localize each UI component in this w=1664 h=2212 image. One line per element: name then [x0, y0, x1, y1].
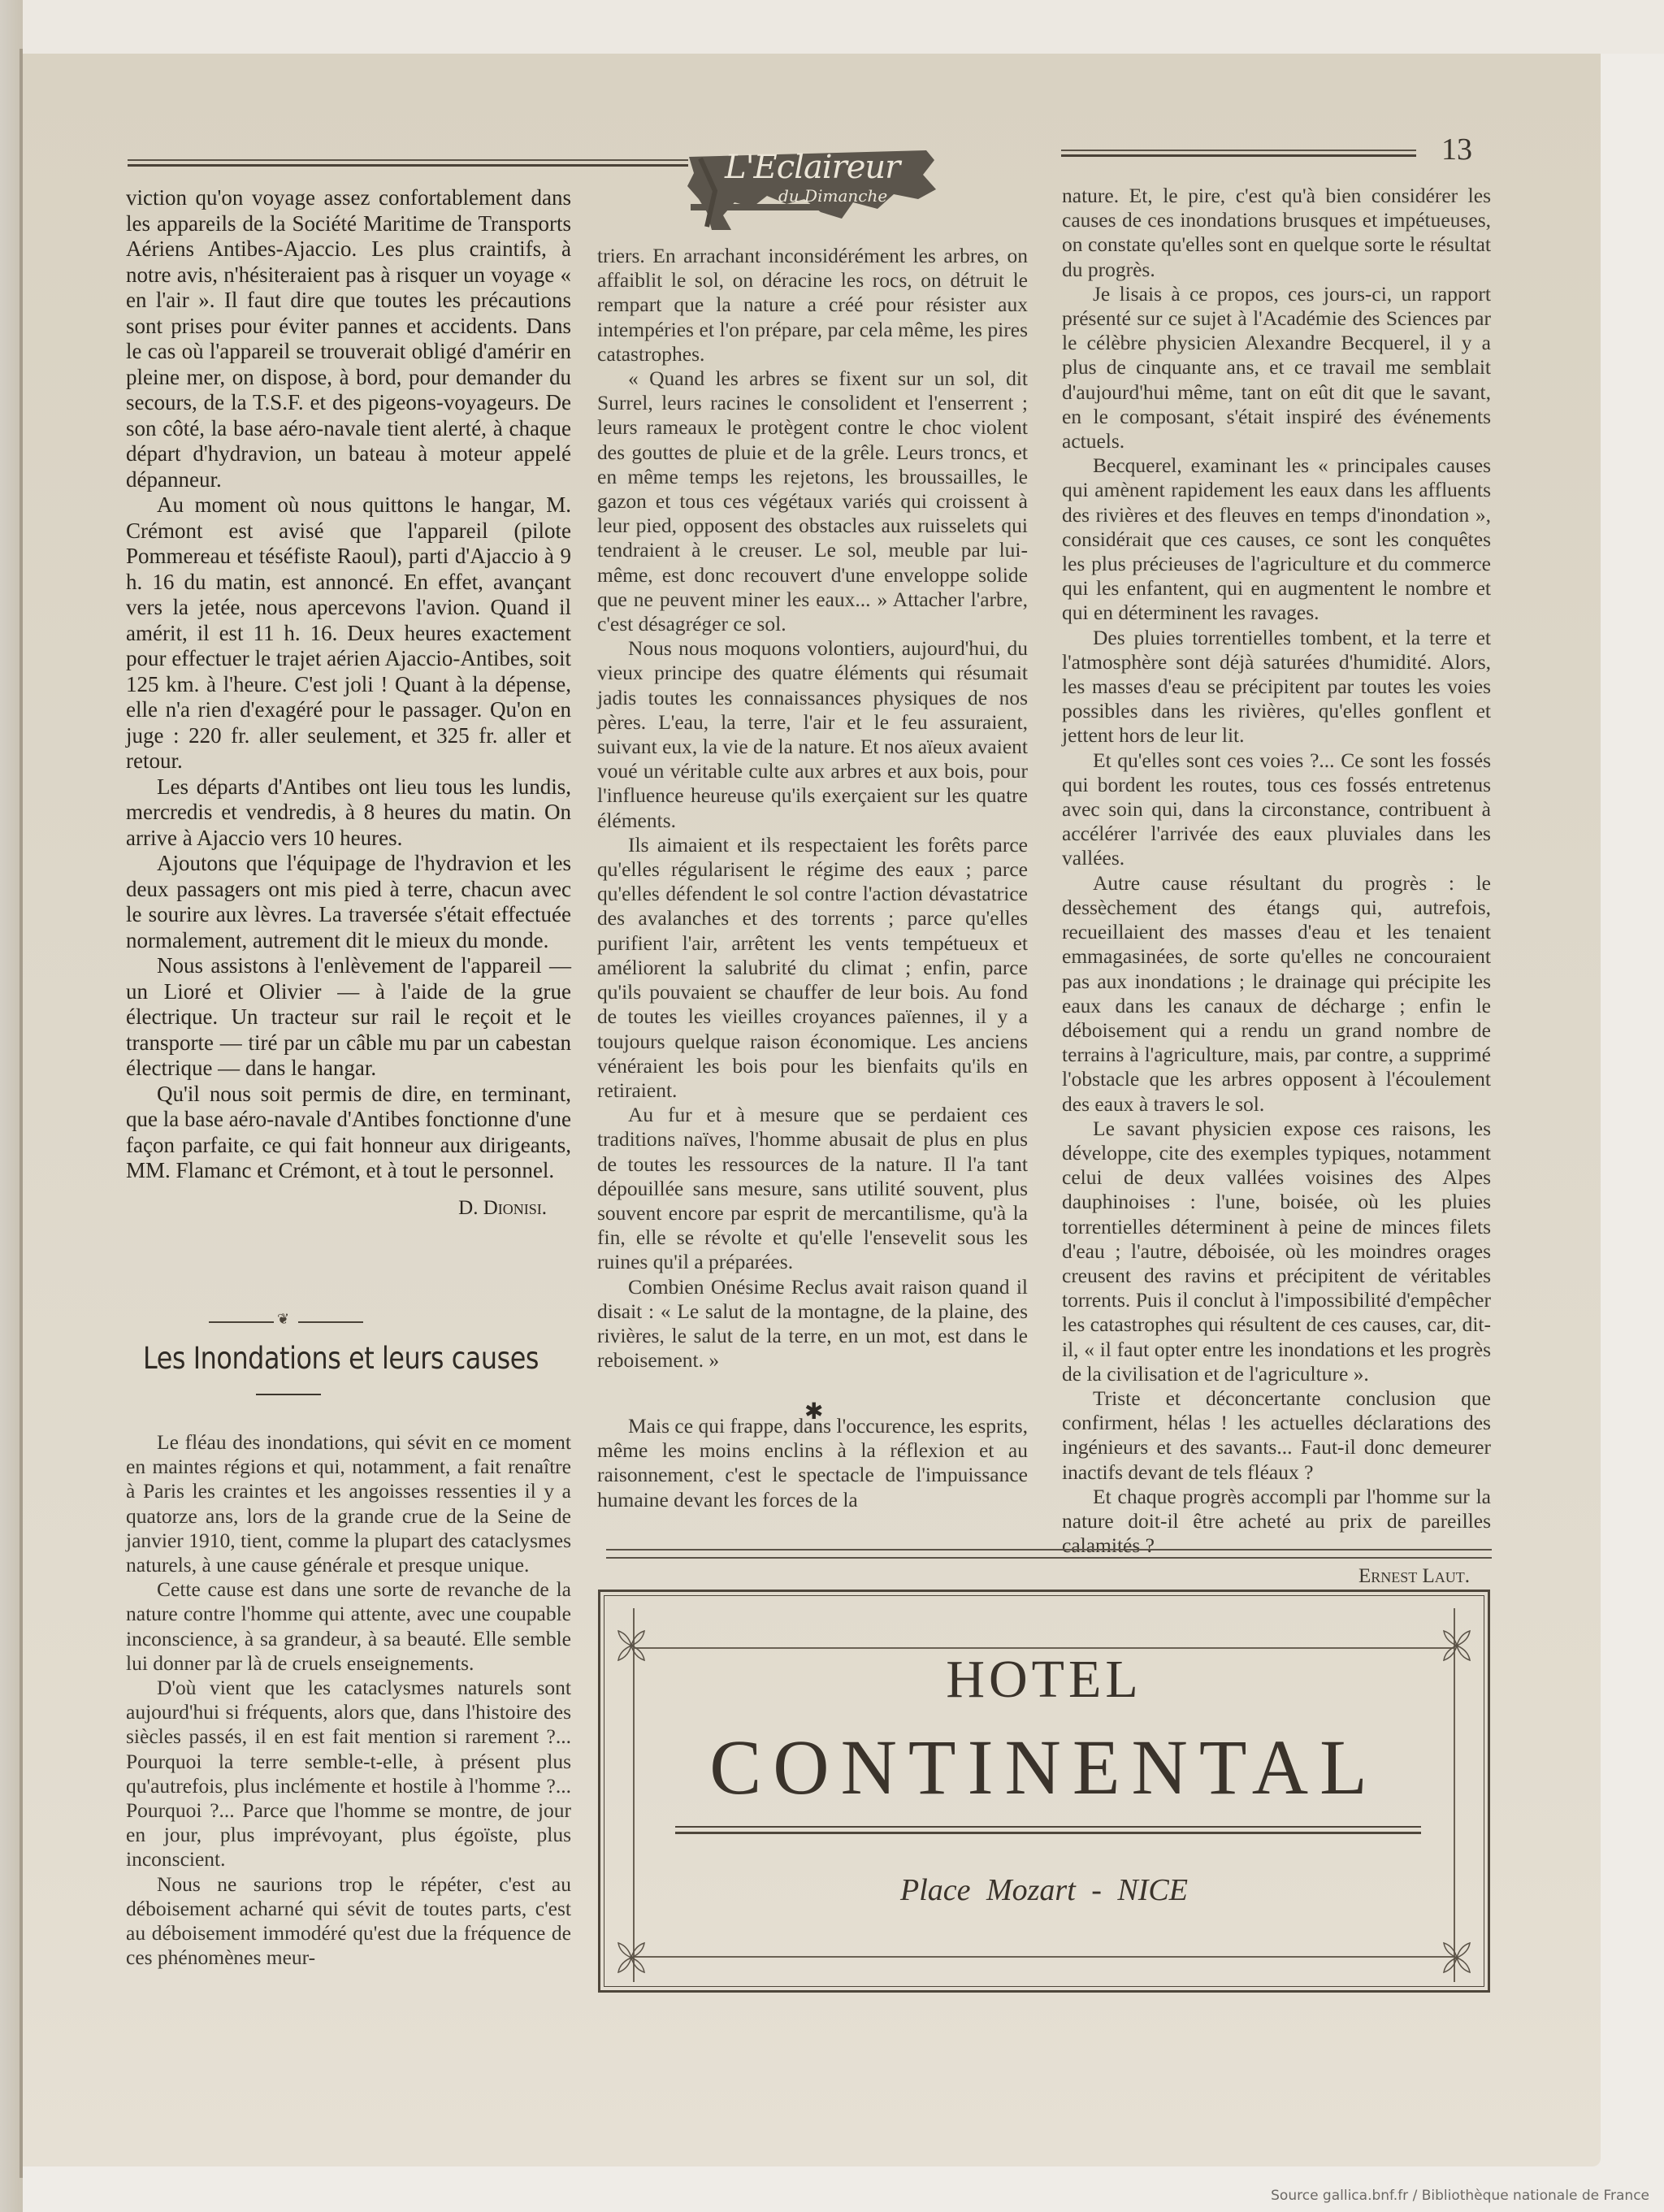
paragraph: Ajoutons que l'équipage de l'hydravion e… — [126, 851, 571, 953]
paragraph: Nous assistons à l'enlèvement de l'appar… — [126, 953, 571, 1082]
ad-heading-continental: CONTINENTAL — [600, 1722, 1488, 1812]
paragraph: Et chaque progrès accompli par l'homme s… — [1062, 1485, 1491, 1559]
paragraph: Au moment où nous quittons le hangar, M.… — [126, 492, 571, 774]
advertisement-hotel-continental: HOTEL CONTINENTAL Place Mozart - NICE — [598, 1590, 1490, 1993]
paragraph: Le savant physicien expose ces raisons, … — [1062, 1117, 1491, 1386]
paragraph: Les départs d'Antibes ont lieu tous les … — [126, 774, 571, 852]
ad-double-rule — [675, 1826, 1421, 1834]
page-number: 13 — [1441, 132, 1472, 167]
scan-background-top — [0, 0, 1664, 54]
ad-address: Place Mozart - NICE — [600, 1872, 1488, 1908]
masthead-title: L'Eclaireur — [725, 149, 899, 186]
header-rule-left — [128, 159, 688, 167]
article-title: Les Inondations et leurs causes — [143, 1341, 539, 1376]
paragraph: Becquerel, examinant les « principales c… — [1062, 453, 1491, 625]
leaf-ornament-icon — [612, 1938, 651, 1977]
author-signature: Ernest Laut. — [1062, 1564, 1491, 1589]
advertisement-top-rule — [606, 1549, 1492, 1559]
paragraph: D'où vient que les cataclysmes naturels … — [126, 1676, 571, 1872]
paragraph: Qu'il nous soit permis de dire, en termi… — [126, 1082, 571, 1184]
article-floods-col2: triers. En arrachant inconsidérément les… — [597, 244, 1028, 1373]
paragraph: Au fur et à mesure que se perdaient ces … — [597, 1103, 1028, 1274]
title-underline — [256, 1394, 321, 1395]
paragraph: Combien Onésime Reclus avait raison quan… — [597, 1275, 1028, 1373]
paragraph: Je lisais à ce propos, ces jours-ci, un … — [1062, 282, 1491, 453]
paragraph: Mais ce qui frappe, dans l'occurence, le… — [597, 1414, 1028, 1512]
paragraph: Des pluies torrentielles tombent, et la … — [1062, 626, 1491, 748]
paragraph: Nous nous moquons volontiers, aujourd'hu… — [597, 636, 1028, 833]
paragraph: Triste et déconcertante conclusion que c… — [1062, 1386, 1491, 1485]
header-rule-right — [1061, 150, 1416, 157]
masthead-logo: L'Eclaireur du Dimanche — [682, 142, 951, 233]
paragraph: « Quand les arbres se fixent sur un sol,… — [597, 366, 1028, 636]
section-ornament: ❦ — [209, 1316, 363, 1328]
paragraph: viction qu'on voyage assez confortableme… — [126, 185, 571, 492]
paragraph: triers. En arrachant inconsidérément les… — [597, 244, 1028, 366]
paragraph: Cette cause est dans une sorte de revanc… — [126, 1577, 571, 1676]
paragraph: Et qu'elles sont ces voies ?... Ce sont … — [1062, 748, 1491, 871]
article-floods-col2-continued: Mais ce qui frappe, dans l'occurence, le… — [597, 1414, 1028, 1512]
paragraph: Autre cause résultant du progrès : le de… — [1062, 871, 1491, 1117]
paragraph: Ils aimaient et ils respectaient les for… — [597, 833, 1028, 1103]
fleuron-icon: ❦ — [277, 1311, 289, 1328]
source-credit: Source gallica.bnf.fr / Bibliothèque nat… — [1271, 2188, 1649, 2204]
paragraph: Le fléau des inondations, qui sévit en c… — [126, 1430, 571, 1577]
ad-heading-hotel: HOTEL — [600, 1649, 1488, 1711]
article-aviation: viction qu'on voyage assez confortableme… — [126, 185, 571, 1221]
author-signature: D. Dionisi. — [126, 1195, 571, 1221]
article-floods-col3: nature. Et, le pire, c'est qu'à bien con… — [1062, 184, 1491, 1590]
article-floods-col1: Le fléau des inondations, qui sévit en c… — [126, 1430, 571, 1970]
masthead-subtitle: du Dimanche — [778, 186, 887, 206]
paragraph: Nous ne saurions trop le répéter, c'est … — [126, 1872, 571, 1971]
paragraph: nature. Et, le pire, c'est qu'à bien con… — [1062, 184, 1491, 282]
leaf-ornament-icon — [1437, 1938, 1476, 1977]
ad-frame-line — [633, 1956, 1455, 1958]
